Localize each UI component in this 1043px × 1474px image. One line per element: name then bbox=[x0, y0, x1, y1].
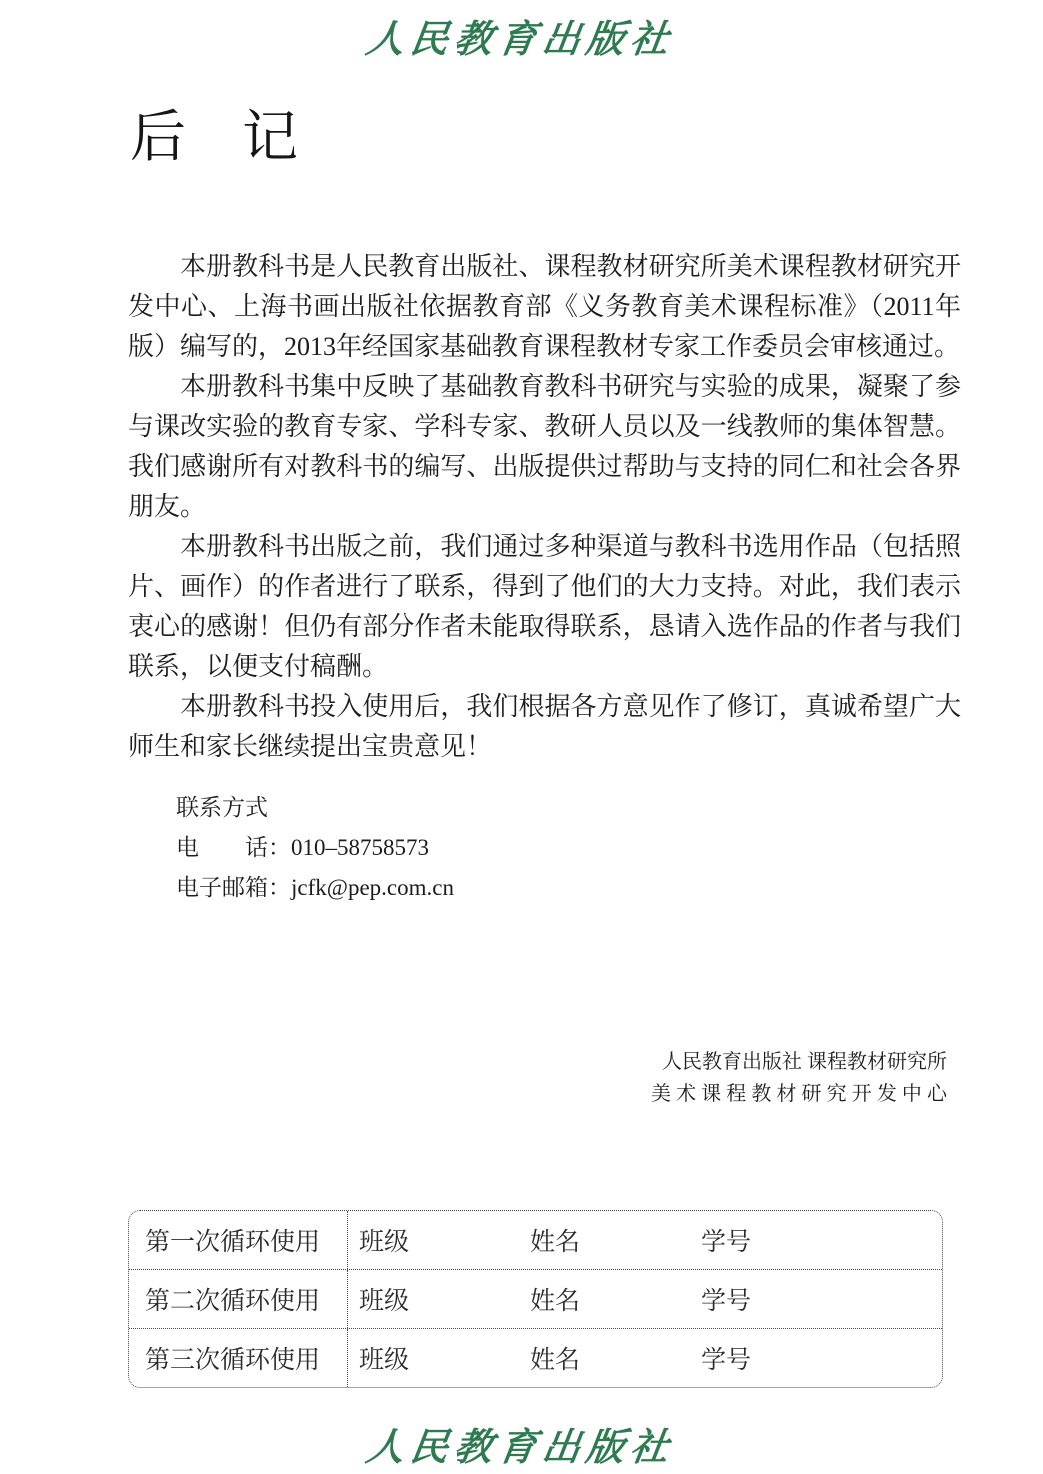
field-student-id: 学号 bbox=[701, 1340, 942, 1376]
paragraph-1: 本册教科书是人民教育出版社、课程教材研究所美术课程教材研究开发中心、上海书画出版… bbox=[128, 247, 961, 367]
table-row-first-use: 第一次循环使用 班级 姓名 学号 bbox=[129, 1211, 942, 1269]
phone-value: 010–58758573 bbox=[291, 835, 429, 860]
row-label: 第三次循环使用 bbox=[129, 1329, 348, 1387]
publisher-calligraphy-logo: 人民教育出版社 bbox=[364, 8, 680, 63]
textbook-recycling-table: 第一次循环使用 班级 姓名 学号 第二次循环使用 班级 姓名 学号 第三次循环使… bbox=[128, 1210, 943, 1388]
header-logo-band: 人民教育出版社 bbox=[0, 8, 1043, 63]
paragraph-3: 本册教科书出版之前，我们通过多种渠道与教科书选用作品（包括照片、画作）的作者进行… bbox=[128, 527, 961, 687]
contact-phone-row: 电 话：010–58758573 bbox=[176, 828, 454, 868]
email-value: jcfk@pep.com.cn bbox=[291, 875, 454, 900]
field-name: 姓名 bbox=[530, 1281, 701, 1317]
contact-heading: 联系方式 bbox=[176, 788, 454, 828]
table-row-third-use: 第三次循环使用 班级 姓名 学号 bbox=[129, 1328, 942, 1387]
row-label: 第二次循环使用 bbox=[129, 1270, 348, 1328]
field-name: 姓名 bbox=[530, 1340, 701, 1376]
footer-logo-band: 人民教育出版社 bbox=[0, 1416, 1043, 1471]
signature-line-2: 美术课程教材研究开发中心 bbox=[651, 1078, 947, 1110]
afterword-body: 本册教科书是人民教育出版社、课程教材研究所美术课程教材研究开发中心、上海书画出版… bbox=[128, 247, 961, 767]
contact-email-row: 电子邮箱：jcfk@pep.com.cn bbox=[176, 868, 454, 908]
row-fields: 班级 姓名 学号 bbox=[348, 1329, 942, 1387]
table-row-second-use: 第二次循环使用 班级 姓名 学号 bbox=[129, 1269, 942, 1328]
field-student-id: 学号 bbox=[701, 1281, 942, 1317]
paragraph-2: 本册教科书集中反映了基础教育教科书研究与实验的成果，凝聚了参与课改实验的教育专家… bbox=[128, 367, 961, 527]
email-label: 电子邮箱： bbox=[176, 875, 291, 900]
publisher-calligraphy-logo: 人民教育出版社 bbox=[364, 1416, 680, 1471]
contact-section: 联系方式 电 话：010–58758573 电子邮箱：jcfk@pep.com.… bbox=[176, 788, 454, 908]
row-label: 第一次循环使用 bbox=[129, 1211, 348, 1269]
afterword-page: 人民教育出版社 后 记 本册教科书是人民教育出版社、课程教材研究所美术课程教材研… bbox=[0, 0, 1043, 1474]
field-class: 班级 bbox=[359, 1281, 530, 1317]
paragraph-4: 本册教科书投入使用后，我们根据各方意见作了修订，真诚希望广大师生和家长继续提出宝… bbox=[128, 687, 961, 767]
field-class: 班级 bbox=[359, 1222, 530, 1258]
signature-line-1: 人民教育出版社 课程教材研究所 bbox=[651, 1046, 947, 1078]
row-fields: 班级 姓名 学号 bbox=[348, 1270, 942, 1328]
page-title: 后 记 bbox=[130, 106, 298, 170]
field-student-id: 学号 bbox=[701, 1222, 942, 1258]
row-fields: 班级 姓名 学号 bbox=[348, 1211, 942, 1269]
signature-block: 人民教育出版社 课程教材研究所 美术课程教材研究开发中心 bbox=[651, 1046, 947, 1110]
phone-label: 电 话： bbox=[176, 835, 291, 860]
field-name: 姓名 bbox=[530, 1222, 701, 1258]
field-class: 班级 bbox=[359, 1340, 530, 1376]
